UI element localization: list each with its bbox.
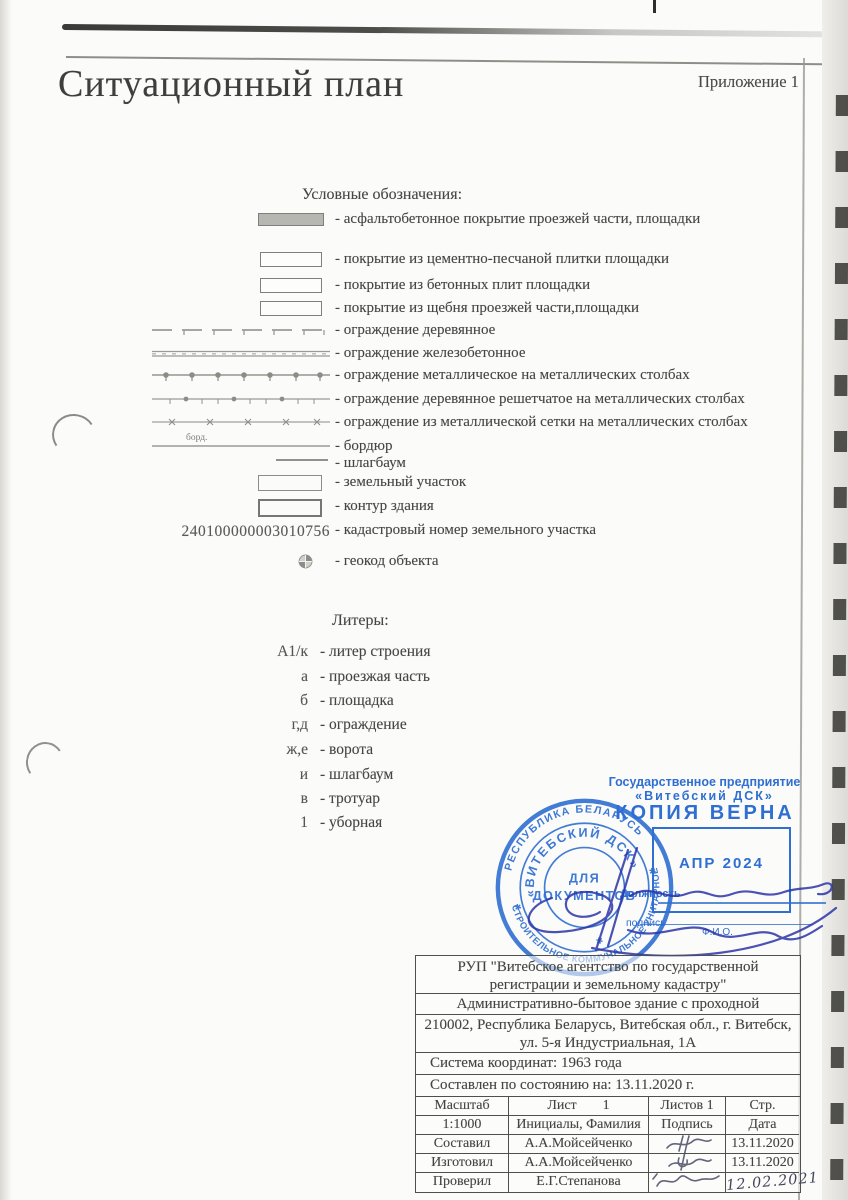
legend-row: - земельный участок — [150, 473, 810, 495]
legend-label: - земельный участок — [335, 475, 810, 490]
page-label: Стр. — [726, 1097, 799, 1116]
land-plot-rect — [258, 475, 322, 491]
table-signatures — [649, 1134, 726, 1191]
legend-label: - шлагбаум — [335, 456, 810, 471]
name-cell: А.А.Мойсейченко — [509, 1135, 649, 1154]
legend-label: - ограждение деревянное решетчатое на ме… — [335, 392, 810, 407]
liter-row: а - проезжая часть — [230, 668, 590, 690]
liter-label: - проезжая часть — [320, 668, 430, 686]
liter-label: - шлагбаум — [320, 766, 393, 784]
date-cell: 13.11.2020 — [726, 1154, 799, 1173]
sheets-label: Листов 1 — [649, 1097, 726, 1116]
legend-heading: Условные обозначения: — [302, 186, 462, 204]
legend-label: - контур здания — [335, 499, 810, 514]
liters-heading: Литеры: — [332, 612, 389, 630]
liter-code: ж,е — [230, 741, 308, 759]
sheet-value: 1 — [603, 1098, 610, 1113]
punch-hole-arc — [23, 739, 67, 785]
liter-code: б — [230, 692, 308, 710]
legend-row: - ограждение деревянное — [150, 321, 810, 343]
wood-fence-line — [152, 326, 330, 338]
liter-code: в — [230, 790, 308, 808]
document-page: Ситуационный план Приложение 1 Условные … — [0, 0, 848, 1200]
liter-code: г,д — [230, 716, 308, 734]
punch-hole-arc — [48, 410, 100, 460]
sheet-label: Лист — [547, 1098, 576, 1113]
title-block-grid: Масштаб Лист1 Листов 1 Стр. 1:1000 Иници… — [416, 1097, 800, 1192]
legend-row: - покрытие из бетонных плит площадки — [150, 276, 810, 298]
gravel-swatch — [260, 301, 322, 316]
legend-label: - кадастровый номер земельного участка — [335, 523, 645, 538]
wood-lattice-fence-line — [152, 394, 330, 407]
liter-label: - площадка — [320, 692, 394, 710]
role-cell: Изготовил — [416, 1154, 509, 1173]
copy-stamp-org-line1: Государственное предприятие — [607, 775, 802, 789]
liter-row: и - шлагбаум — [230, 766, 590, 788]
legend-label: - бордюр — [335, 439, 810, 454]
legend-label: - покрытие из цементно-песчаной плитки п… — [335, 252, 810, 267]
role-cell: Составил — [416, 1135, 509, 1154]
legend-row: - ограждение деревянное решетчатое на ме… — [150, 390, 810, 412]
legend-label: - ограждение из металлической сетки на м… — [335, 415, 810, 430]
liter-label: - литер строения — [320, 643, 430, 661]
sign-header: Подпись — [649, 1116, 726, 1135]
scale-label: Масштаб — [416, 1097, 509, 1116]
legend-label: - ограждение деревянное — [335, 323, 810, 338]
cadastral-number: 240100000003010756 — [168, 523, 330, 541]
agency-row: РУП "Витебское агентство по государствен… — [416, 956, 800, 994]
address-row: 210002, Республика Беларусь, Витебская о… — [416, 1015, 800, 1053]
legend-row: - ограждение железобетонное — [150, 344, 810, 366]
object-row: Административно-бытовое здание с проходн… — [416, 994, 800, 1015]
liter-label: - уборная — [320, 814, 382, 832]
curb-line: борд. — [152, 432, 330, 450]
legend-row: - контур здания — [150, 497, 810, 519]
building-outline-rect — [258, 499, 322, 517]
liter-code: 1 — [230, 814, 308, 832]
liter-label: - ворота — [320, 741, 373, 759]
barrier-line — [276, 456, 328, 466]
curb-note: борд. — [186, 432, 207, 443]
liter-label: - тротуар — [320, 790, 380, 808]
legend-row: борд. - бордюр — [150, 432, 810, 454]
sheet-cell: Лист1 — [509, 1097, 649, 1116]
liter-label: - ограждение — [320, 716, 407, 734]
coord-system-row: Система координат: 1963 года — [416, 1053, 800, 1075]
compiled-row: Составлен по состоянию на: 13.11.2020 г. — [416, 1075, 800, 1097]
date-cell: 12.02.2021 — [726, 1173, 799, 1192]
legend-row: - ограждение металлическое на металличес… — [150, 366, 810, 388]
name-cell: Е.Г.Степанова — [509, 1173, 649, 1192]
legend-row: - геокод объекта — [150, 552, 810, 574]
legend-row: - покрытие из щебня проезжей части,площа… — [150, 299, 810, 321]
legend-label: - геокод объекта — [335, 554, 810, 569]
scale-value: 1:1000 — [416, 1116, 509, 1135]
legend-label: - ограждение металлическое на металличес… — [335, 368, 810, 383]
liter-code: а — [230, 668, 308, 686]
metal-fence-line — [152, 370, 330, 383]
liter-row: А1/к - литер строения — [230, 643, 590, 665]
handwritten-signature — [480, 846, 848, 958]
page-title: Ситуационный план — [58, 62, 404, 106]
legend-label: - покрытие из щебня проезжей части,площа… — [335, 301, 810, 316]
mesh-fence-line — [152, 417, 330, 430]
slab-swatch — [260, 278, 322, 293]
handwritten-date: 12.02.2021 — [725, 1169, 819, 1195]
legend-row: 240100000003010756 - кадастровый номер з… — [150, 521, 810, 555]
liter-row: ж,е - ворота — [230, 741, 590, 763]
liter-code: и — [230, 766, 308, 784]
scan-left-shade — [0, 0, 12, 1200]
concrete-fence-line — [152, 349, 330, 361]
legend-label: - покрытие из бетонных плит площадки — [335, 278, 810, 293]
name-header: Инициалы, Фамилия — [509, 1116, 649, 1135]
legend-row: - асфальтобетонное покрытие проезжей час… — [150, 210, 810, 232]
liter-row: г,д - ограждение — [230, 716, 590, 738]
tile-swatch — [260, 252, 322, 267]
legend-label: - асфальтобетонное покрытие проезжей час… — [335, 212, 810, 227]
name-cell: А.А.Мойсейченко — [509, 1154, 649, 1173]
annex-label: Приложение 1 — [698, 72, 799, 92]
scan-top-tick — [653, 0, 656, 13]
liter-row: б - площадка — [230, 692, 590, 714]
liter-code: А1/к — [230, 643, 308, 661]
date-cell: 13.11.2020 — [726, 1135, 799, 1154]
title-block: РУП "Витебское агентство по государствен… — [415, 955, 801, 1193]
scan-top-band — [62, 24, 848, 38]
legend-row: - покрытие из цементно-песчаной плитки п… — [150, 250, 810, 272]
legend-label: - ограждение железобетонное — [335, 346, 810, 361]
asphalt-swatch — [258, 213, 324, 226]
geocode-icon — [298, 554, 313, 569]
role-cell: Проверил — [416, 1173, 509, 1192]
date-header: Дата — [726, 1116, 799, 1135]
